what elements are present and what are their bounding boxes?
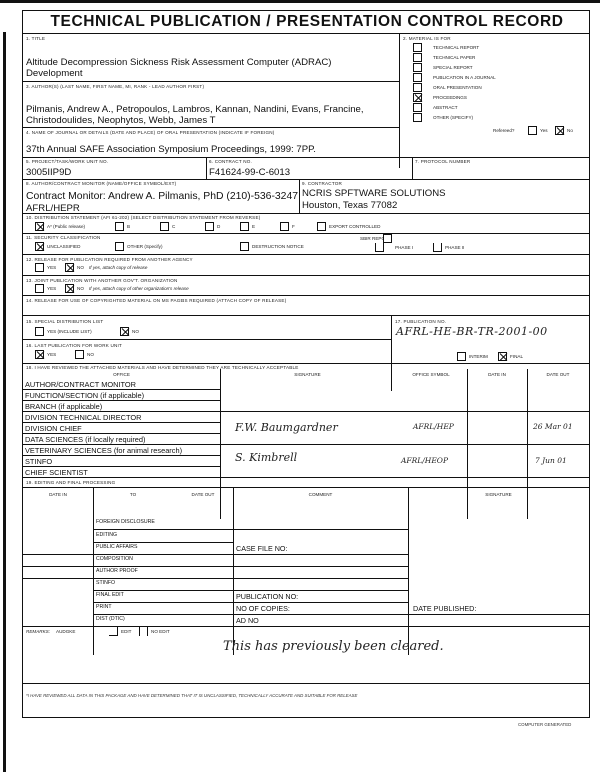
publication-no-field-label: PUBLICATION NO: xyxy=(236,592,298,601)
certification-statement: *I HAVE REVIEWED ALL DATA IN THIS PACKAG… xyxy=(26,693,357,698)
project-label: 5. PROJECT/TASK/WORK UNIT NO. xyxy=(26,159,108,164)
last-publication-yes-label: YES xyxy=(47,352,56,357)
last-publication-no-checkbox[interactable] xyxy=(75,350,84,359)
divider xyxy=(23,363,589,364)
divider xyxy=(206,157,207,179)
distribution-d-checkbox[interactable] xyxy=(205,222,214,231)
office-division-technical-director: DIVISION TECHNICAL DIRECTOR xyxy=(25,413,142,422)
divider xyxy=(23,400,220,401)
divider xyxy=(23,444,589,445)
monitor-value-line1[interactable]: Contract Monitor: Andrew A. Pilmanis, Ph… xyxy=(26,191,298,202)
phase1-checkbox[interactable] xyxy=(375,243,384,252)
editing-row-editing: EDITING xyxy=(96,532,117,538)
contract-label: 6. CONTRACT NO. xyxy=(209,159,252,164)
remarks-edit-label: EDIT xyxy=(121,629,131,634)
divider xyxy=(23,339,391,340)
distribution-option-label: D xyxy=(217,224,220,229)
editing-row-public-affairs: PUBLIC AFFAIRS xyxy=(96,544,138,550)
distribution-a-checkbox[interactable] xyxy=(35,222,44,231)
title-value-line2[interactable]: Development xyxy=(26,68,83,79)
release-agency-yes-label: YES xyxy=(47,265,56,270)
unclassified-label: UNCLASSIFIED xyxy=(47,244,80,249)
material-technical-paper-checkbox[interactable] xyxy=(413,53,422,62)
distribution-c-checkbox[interactable] xyxy=(160,222,169,231)
project-value[interactable]: 3005IIP9D xyxy=(26,167,71,178)
divider xyxy=(23,554,408,555)
material-option-label: OTHER (Specify) xyxy=(433,115,473,120)
divider xyxy=(23,233,589,234)
divider xyxy=(23,578,408,579)
divider xyxy=(408,487,409,655)
editing-date-in-header: DATE IN xyxy=(23,492,93,497)
divider xyxy=(23,315,589,316)
divider xyxy=(23,275,589,276)
editing-comment-header: COMMENT xyxy=(233,492,408,497)
divider xyxy=(23,477,589,478)
editing-label: 19. EDITING AND FINAL PROCESSING xyxy=(26,480,115,485)
refereed-no-checkbox[interactable] xyxy=(555,126,564,135)
refereed-yes-label: Yes xyxy=(540,128,548,133)
division-chief-signature[interactable]: F.W. Baumgardner xyxy=(235,421,338,434)
refereed-yes-checkbox[interactable] xyxy=(528,126,537,135)
office-stinfo: STINFO xyxy=(25,457,52,466)
divider xyxy=(23,295,589,296)
monitor-label: 8. AUTHOR/CONTRACT MONITOR (NAME/OFFICE … xyxy=(26,181,176,186)
material-option-label: SPECIAL REPORT xyxy=(433,65,473,70)
office-function-section: FUNCTION/SECTION (if applicable) xyxy=(25,391,144,400)
signature-header: SIGNATURE xyxy=(220,372,395,377)
phase2-label: PHASE II xyxy=(445,245,464,250)
editing-signature-header: SIGNATURE xyxy=(408,492,589,497)
joint-publication-no-label: NO xyxy=(77,286,84,291)
divider xyxy=(299,179,300,213)
material-option-label: TECHNICAL PAPER xyxy=(433,55,475,60)
authors-value-line1[interactable]: Pilmanis, Andrew A., Petropoulos, Lambro… xyxy=(26,104,364,115)
refereed-no-label: No xyxy=(567,128,573,133)
divider xyxy=(93,529,408,530)
publication-no-label: 17. PUBLICATION NO. xyxy=(395,319,446,324)
remarks-edit-checkbox[interactable] xyxy=(109,627,118,636)
divider xyxy=(93,614,589,615)
copies-label: NO OF COPIES: xyxy=(236,604,290,613)
date-published-label: DATE PUBLISHED: xyxy=(413,604,476,613)
divider xyxy=(93,602,408,603)
distribution-option-label: C xyxy=(172,224,175,229)
material-label: 2. MATERIAL IS FOR xyxy=(403,36,451,41)
page-top-edge xyxy=(0,0,600,3)
final-label: FINAL xyxy=(510,354,523,359)
refereed-label: Refereed? xyxy=(493,128,514,133)
form-title: TECHNICAL PUBLICATION / PRESENTATION CON… xyxy=(23,13,591,31)
editing-row-foreign-disclosure: FOREIGN DISCLOSURE xyxy=(96,519,155,525)
contractor-value-line2[interactable]: Houston, Texas 77082 xyxy=(302,200,397,211)
special-distribution-yes-label: YES (Include list) xyxy=(47,329,92,334)
release-agency-label: 12. RELEASE FOR PUBLICATION REQUIRED FRO… xyxy=(26,257,193,262)
divider xyxy=(23,683,589,684)
divider xyxy=(93,542,233,543)
divider xyxy=(23,487,589,488)
material-proceedings-checkbox[interactable] xyxy=(413,93,422,102)
divider xyxy=(23,455,220,456)
contractor-label: 9. CONTRACTOR xyxy=(302,181,342,186)
date-out-header: DATE OUT xyxy=(527,372,589,377)
special-distribution-label: 15. SPECIAL DISTRIBUTION LIST xyxy=(26,319,103,324)
division-chief-date-out[interactable]: 26 Mar 01 xyxy=(533,422,573,431)
division-chief-office-symbol[interactable]: AFRL/HEP xyxy=(413,422,454,431)
distribution-option-label: EXPORT CONTROLLED xyxy=(329,224,380,229)
journal-value[interactable]: 37th Annual SAFE Association Symposium P… xyxy=(26,144,316,155)
authors-label: 3. AUTHOR(S) (LAST NAME, FIRST NAME, MI,… xyxy=(26,84,204,89)
stinfo-date-out[interactable]: 7 Jun 01 xyxy=(535,456,567,465)
special-distribution-yes-checkbox[interactable] xyxy=(35,327,44,336)
material-abstract-checkbox[interactable] xyxy=(413,103,422,112)
joint-publication-yes-checkbox[interactable] xyxy=(35,284,44,293)
ad-no-label: AD NO xyxy=(236,616,259,625)
interim-checkbox[interactable] xyxy=(457,352,466,361)
divider xyxy=(391,315,392,391)
remarks-handwritten-note[interactable]: This has previously been cleared. xyxy=(223,639,444,654)
review-label: 18. I HAVE REVIEWED THE ATTACHED MATERIA… xyxy=(26,365,299,370)
divider xyxy=(23,466,220,467)
divider xyxy=(23,157,589,158)
editing-row-print: PRINT xyxy=(96,604,112,610)
office-author-monitor: AUTHOR/CONTRACT MONITOR xyxy=(25,380,136,389)
export-controlled-checkbox[interactable] xyxy=(317,222,326,231)
last-publication-label: 16. LAST PUBLICATION FOR WORK UNIT xyxy=(26,343,122,348)
divider xyxy=(23,422,220,423)
distribution-option-label: E xyxy=(252,224,255,229)
office-chief-scientist: CHIEF SCIENTIST xyxy=(25,468,88,477)
material-journal-checkbox[interactable] xyxy=(413,73,422,82)
authors-value-line2[interactable]: Christodoulides, Neophytos, Webb, James … xyxy=(26,115,215,126)
computer-generated-note: COMPUTER GENERATED xyxy=(518,722,571,727)
divider xyxy=(93,487,94,655)
distribution-f-checkbox[interactable] xyxy=(280,222,289,231)
material-option-label: PROCEEDINGS xyxy=(433,95,467,100)
title-value-line1[interactable]: Altitude Decompression Sickness Risk Ass… xyxy=(26,57,332,68)
joint-publication-yes-label: YES xyxy=(47,286,56,291)
unclassified-checkbox[interactable] xyxy=(35,242,44,251)
divider xyxy=(23,213,589,214)
divider xyxy=(23,433,220,434)
last-publication-yes-checkbox[interactable] xyxy=(35,350,44,359)
divider xyxy=(23,411,589,412)
material-option-label: TECHNICAL REPORT xyxy=(433,45,479,50)
remarks-audience: AUDGKE xyxy=(56,629,75,634)
interim-label: INTERIM xyxy=(469,354,488,359)
remarks-no-edit-label: NO EDIT xyxy=(151,629,170,634)
office-division-chief: DIVISION CHIEF xyxy=(25,424,82,433)
editing-row-composition: COMPOSITION xyxy=(96,556,133,562)
material-option-label: ORAL PRESENTATION xyxy=(433,85,482,90)
office-data-sciences: DATA SCIENCES (if locally required) xyxy=(25,435,145,444)
sbir-checkbox[interactable] xyxy=(383,234,392,243)
phase2-checkbox[interactable] xyxy=(433,243,442,252)
page-left-edge xyxy=(3,32,6,772)
title-label: 1. TITLE xyxy=(26,36,45,41)
divider xyxy=(23,127,399,128)
divider xyxy=(233,487,234,655)
material-oral-presentation-checkbox[interactable] xyxy=(413,83,422,92)
final-checkbox[interactable] xyxy=(498,352,507,361)
editing-row-final-edit: FINAL EDIT xyxy=(96,592,124,598)
case-file-label: CASE FILE NO: xyxy=(236,544,288,553)
security-label: 11. SECURITY CLASSIFICATION xyxy=(26,235,101,240)
special-distribution-no-checkbox[interactable] xyxy=(120,327,129,336)
distribution-e-checkbox[interactable] xyxy=(240,222,249,231)
editing-row-author-proof: AUTHOR PROOF xyxy=(96,568,138,574)
distribution-label: 10. DISTRIBUTION STATEMENT (AFI 61-202) … xyxy=(26,215,260,220)
office-branch: BRANCH (if applicable) xyxy=(25,402,102,411)
date-in-header: DATE IN xyxy=(467,372,527,377)
copyright-label: 14. RELEASE FOR USE OF COPYRIGHTED MATER… xyxy=(26,298,184,303)
editing-date-out-header: DATE OUT xyxy=(173,492,233,497)
joint-publication-no-checkbox[interactable] xyxy=(65,284,74,293)
editing-to-header: TO xyxy=(93,492,173,497)
divider xyxy=(412,157,413,179)
material-option-label: PUBLICATION IN A JOURNAL xyxy=(433,75,496,80)
divider xyxy=(23,179,589,180)
copyright-note: IS REQUIRED (attach copy of release) xyxy=(183,298,286,303)
last-publication-no-label: NO xyxy=(87,352,94,357)
distribution-b-checkbox[interactable] xyxy=(115,222,124,231)
divider xyxy=(93,590,408,591)
divider xyxy=(23,81,399,82)
remarks-label: REMARKS: xyxy=(26,629,50,634)
release-agency-yes-checkbox[interactable] xyxy=(35,263,44,272)
special-distribution-no-label: NO xyxy=(132,329,139,334)
distribution-option-label: B xyxy=(127,224,130,229)
distribution-option-label: A* (Public release) xyxy=(47,224,85,229)
office-symbol-header: OFFICE SYMBOL xyxy=(395,372,467,377)
joint-publication-label: 13. JOINT PUBLICATION WITH ANOTHER GOV'T… xyxy=(26,278,178,283)
divider xyxy=(23,33,589,34)
material-other-checkbox[interactable] xyxy=(413,113,422,122)
divider xyxy=(23,389,220,390)
material-option-label: ABSTRACT xyxy=(433,105,458,110)
editing-row-dist-dtic: DIST (DTIC) xyxy=(96,616,125,622)
distribution-option-label: F xyxy=(292,224,295,229)
material-technical-report-checkbox[interactable] xyxy=(413,43,422,52)
publication-no-value[interactable]: AFRL-HE-BR-TR-2001-00 xyxy=(396,325,548,338)
contractor-value-line1[interactable]: NCRIS SPFTWARE SOLUTIONS xyxy=(302,188,446,199)
phase1-label: PHASE I xyxy=(395,245,413,250)
remarks-no-edit-checkbox[interactable] xyxy=(139,627,148,636)
destruction-notice-label: DESTRUCTION NOTICE xyxy=(252,244,304,249)
office-veterinary-sciences: VETERINARY SCIENCES (for animal research… xyxy=(25,446,182,455)
other-classification-label: OTHER (Specify) xyxy=(127,244,162,249)
divider xyxy=(23,254,589,255)
office-header: OFFICE xyxy=(23,372,220,377)
stinfo-office-symbol[interactable]: AFRL/HEOP xyxy=(401,456,448,465)
release-agency-note: If yes, attach copy of release xyxy=(89,265,147,270)
divider xyxy=(399,33,400,168)
editing-row-stinfo: STINFO xyxy=(96,580,115,586)
joint-publication-note: If yes, attach copy of other organizatio… xyxy=(89,286,189,291)
material-special-report-checkbox[interactable] xyxy=(413,63,422,72)
stinfo-signature[interactable]: S. Kimbrell xyxy=(235,451,297,464)
contract-value[interactable]: F41624-99-C-6013 xyxy=(209,167,290,178)
protocol-label: 7. PROTOCOL NUMBER xyxy=(415,159,470,164)
release-agency-no-label: NO xyxy=(77,265,84,270)
divider xyxy=(23,626,589,627)
control-record-form: TECHNICAL PUBLICATION / PRESENTATION CON… xyxy=(22,10,590,718)
divider xyxy=(23,566,408,567)
other-classification-checkbox[interactable] xyxy=(115,242,124,251)
destruction-notice-checkbox[interactable] xyxy=(240,242,249,251)
release-agency-no-checkbox[interactable] xyxy=(65,263,74,272)
journal-label: 4. NAME OF JOURNAL OR DETAILS (Date and … xyxy=(26,130,275,135)
